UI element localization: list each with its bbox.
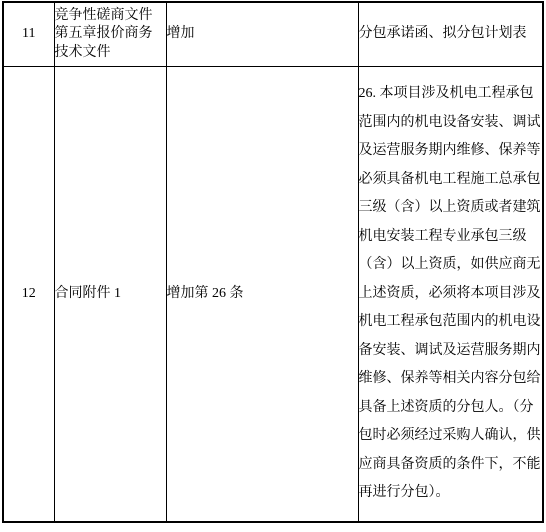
row-no-cell: 12 (3, 66, 54, 522)
document-cell: 竞争性磋商文件 第五章报价商务 技术文件 (54, 2, 166, 66)
table-row-11: 11 竞争性磋商文件 第五章报价商务 技术文件 增加 分包承诺函、拟分包计划表 (3, 2, 543, 66)
document-page: 11 竞争性磋商文件 第五章报价商务 技术文件 增加 分包承诺函、拟分包计划表 … (0, 0, 546, 532)
content-cell: 分包承诺函、拟分包计划表 (358, 2, 543, 66)
content-cell: 26. 本项目涉及机电工程承包 范围内的机电设备安装、调试 及运营服务期内维修、… (358, 66, 543, 522)
table-row-12: 12 合同附件 1 增加第 26 条 26. 本项目涉及机电工程承包 范围内的机… (3, 66, 543, 522)
document-line: 第五章报价商务 (55, 25, 166, 44)
content-line: 26. 本项目涉及机电工程承包 (359, 80, 543, 109)
content-line: 应商具备资质的条件下，不能 (359, 451, 543, 480)
content-line: 机电安装工程专业承包三级 (359, 223, 543, 252)
content-line: 必须具备机电工程施工总承包 (359, 166, 543, 195)
content-line: 上述资质，必须将本项目涉及 (359, 280, 543, 309)
content-line: 范围内的机电设备安装、调试 (359, 109, 543, 138)
document-line: 技术文件 (55, 44, 166, 63)
row-no-cell: 11 (3, 2, 54, 66)
action-cell: 增加第 26 条 (166, 66, 358, 522)
content-line: 维修、保养等相关内容分包给 (359, 365, 543, 394)
content-line: 再进行分包）。 (359, 479, 543, 508)
content-line: 三级（含）以上资质或者建筑 (359, 194, 543, 223)
amendment-table: 11 竞争性磋商文件 第五章报价商务 技术文件 增加 分包承诺函、拟分包计划表 … (2, 1, 544, 523)
content-line: 包时必须经过采购人确认，供 (359, 422, 543, 451)
content-line: （含）以上资质，如供应商无 (359, 251, 543, 280)
content-line: 机电工程承包范围内的机电设 (359, 308, 543, 337)
document-cell: 合同附件 1 (54, 66, 166, 522)
document-line: 竞争性磋商文件 (55, 7, 166, 26)
content-line: 备安装、调试及运营服务期内 (359, 337, 543, 366)
content-line: 及运营服务期内维修、保养等 (359, 137, 543, 166)
action-cell: 增加 (166, 2, 358, 66)
content-line: 具备上述资质的分包人。（分 (359, 394, 543, 423)
